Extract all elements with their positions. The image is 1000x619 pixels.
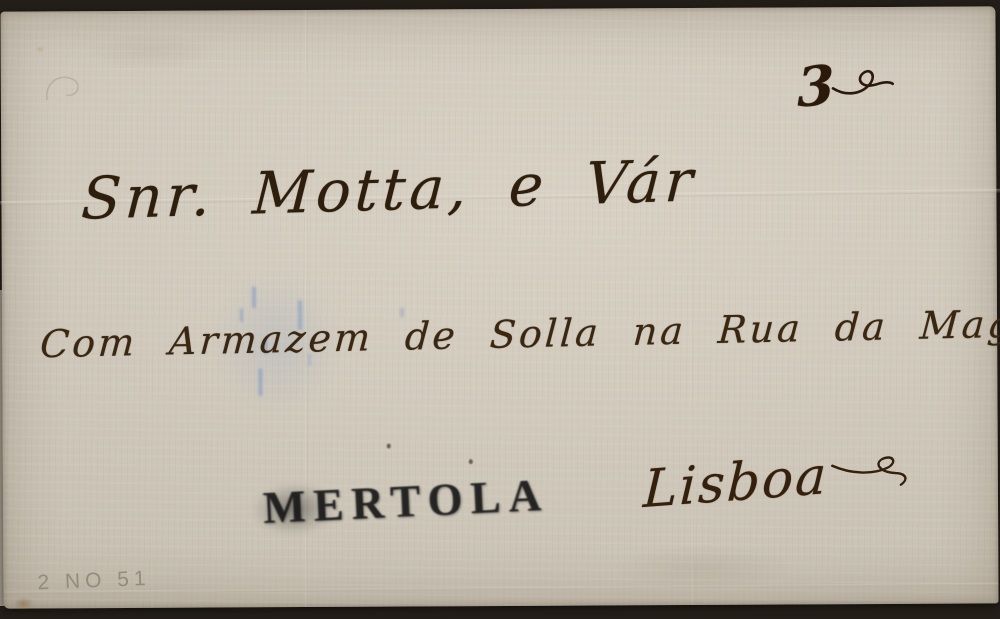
ink-speck — [387, 444, 391, 449]
lisboa-flourish — [829, 445, 923, 496]
faint-pencil-mark — [43, 69, 95, 111]
paper-stain-bottom-left — [10, 595, 38, 611]
blue-streak — [258, 368, 262, 396]
manuscript-rate-mark: 3 — [796, 47, 895, 120]
paper-stain-top-left — [35, 45, 46, 53]
pencil-date-note: 2 NO 51 — [37, 567, 151, 596]
blue-streak — [252, 286, 256, 308]
letter-paper: 3 Snr. Motta, e Vár Com Armazem de Solla… — [0, 6, 998, 608]
rate-mark-value: 3 — [796, 52, 835, 120]
ink-speck — [469, 459, 473, 464]
rate-mark-flourish — [830, 61, 895, 103]
letter-scan: 3 Snr. Motta, e Vár Com Armazem de Solla… — [0, 0, 1000, 619]
